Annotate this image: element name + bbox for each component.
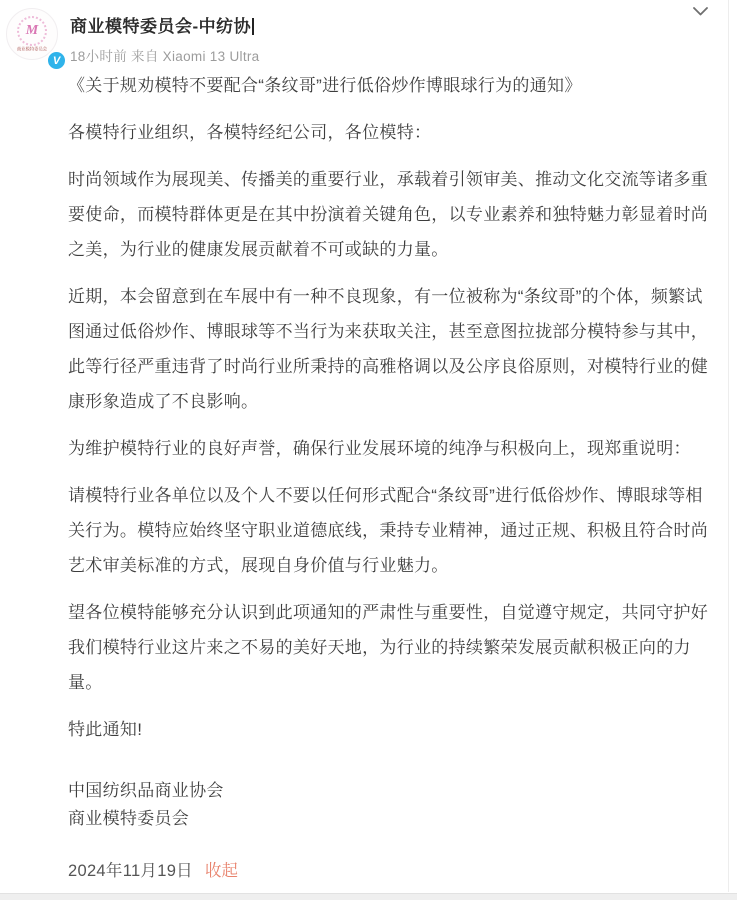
post-paragraph: 为维护模特行业的良好声誉，确保行业发展环境的纯净与积极向上，现郑重说明： [68, 431, 710, 466]
post-notice: 特此通知! [68, 712, 710, 747]
verified-letter: V [53, 55, 60, 67]
signature-line: 中国纺织品商业协会 [68, 777, 710, 805]
post-header: M 商业模特委员会 V 商业模特委员会-中纺协 18小时前来自 Xiaomi 1… [6, 8, 263, 65]
weibo-post-page: M 商业模特委员会 V 商业模特委员会-中纺协 18小时前来自 Xiaomi 1… [0, 0, 737, 900]
post-title: 《关于规劝模特不要配合“条纹哥”进行低俗炒作博眼球行为的通知》 [68, 68, 710, 103]
avatar-caption: 商业模特委员会 [17, 47, 47, 51]
text-caret [252, 18, 254, 35]
post-salutation: 各模特行业组织，各模特经纪公司，各位模特： [68, 115, 710, 150]
chevron-down-icon [693, 7, 708, 16]
signature-line: 商业模特委员会 [68, 805, 710, 833]
avatar[interactable]: M 商业模特委员会 V [6, 8, 60, 62]
card-right-border [728, 0, 729, 892]
post-meta: 18小时前来自 Xiaomi 13 Ultra [70, 45, 263, 65]
post-content: 《关于规劝模特不要配合“条纹哥”进行低俗炒作博眼球行为的通知》 各模特行业组织，… [0, 0, 737, 833]
post-time[interactable]: 18小时前 [70, 49, 127, 64]
post-paragraph: 望各位模特能够充分认识到此项通知的严肃性与重要性，自觉遵守规定，共同守护好我们模… [68, 595, 710, 700]
post-paragraph: 时尚领域作为展现美、传播美的重要行业，承载着引领审美、推动文化交流等诸多重要使命… [68, 162, 710, 267]
next-card-divider [0, 893, 737, 900]
post-paragraph: 近期，本会留意到在车展中有一种不良现象，有一位被称为“条纹哥”的个体，频繁试图通… [68, 279, 710, 419]
header-text: 商业模特委员会-中纺协 18小时前来自 Xiaomi 13 Ultra [70, 8, 263, 65]
verified-badge-icon: V [46, 50, 67, 71]
avatar-emblem-icon: M [17, 16, 47, 46]
post-signature: 中国纺织品商业协会 商业模特委员会 [68, 777, 710, 833]
collapse-link[interactable]: 收起 [205, 857, 238, 881]
post-date: 2024年11月19日 [68, 857, 193, 881]
collapse-chevron-icon[interactable] [687, 0, 713, 22]
post-paragraph: 请模特行业各单位以及个人不要以任何形式配合“条纹哥”进行低俗炒作、博眼球等相关行… [68, 478, 710, 583]
avatar-monogram: M [26, 23, 38, 39]
username[interactable]: 商业模特委员会-中纺协 [70, 17, 251, 36]
post-footer: 2024年11月19日 收起 [0, 857, 737, 881]
username-row: 商业模特委员会-中纺协 [70, 12, 263, 37]
post-source[interactable]: 来自 Xiaomi 13 Ultra [131, 49, 259, 64]
